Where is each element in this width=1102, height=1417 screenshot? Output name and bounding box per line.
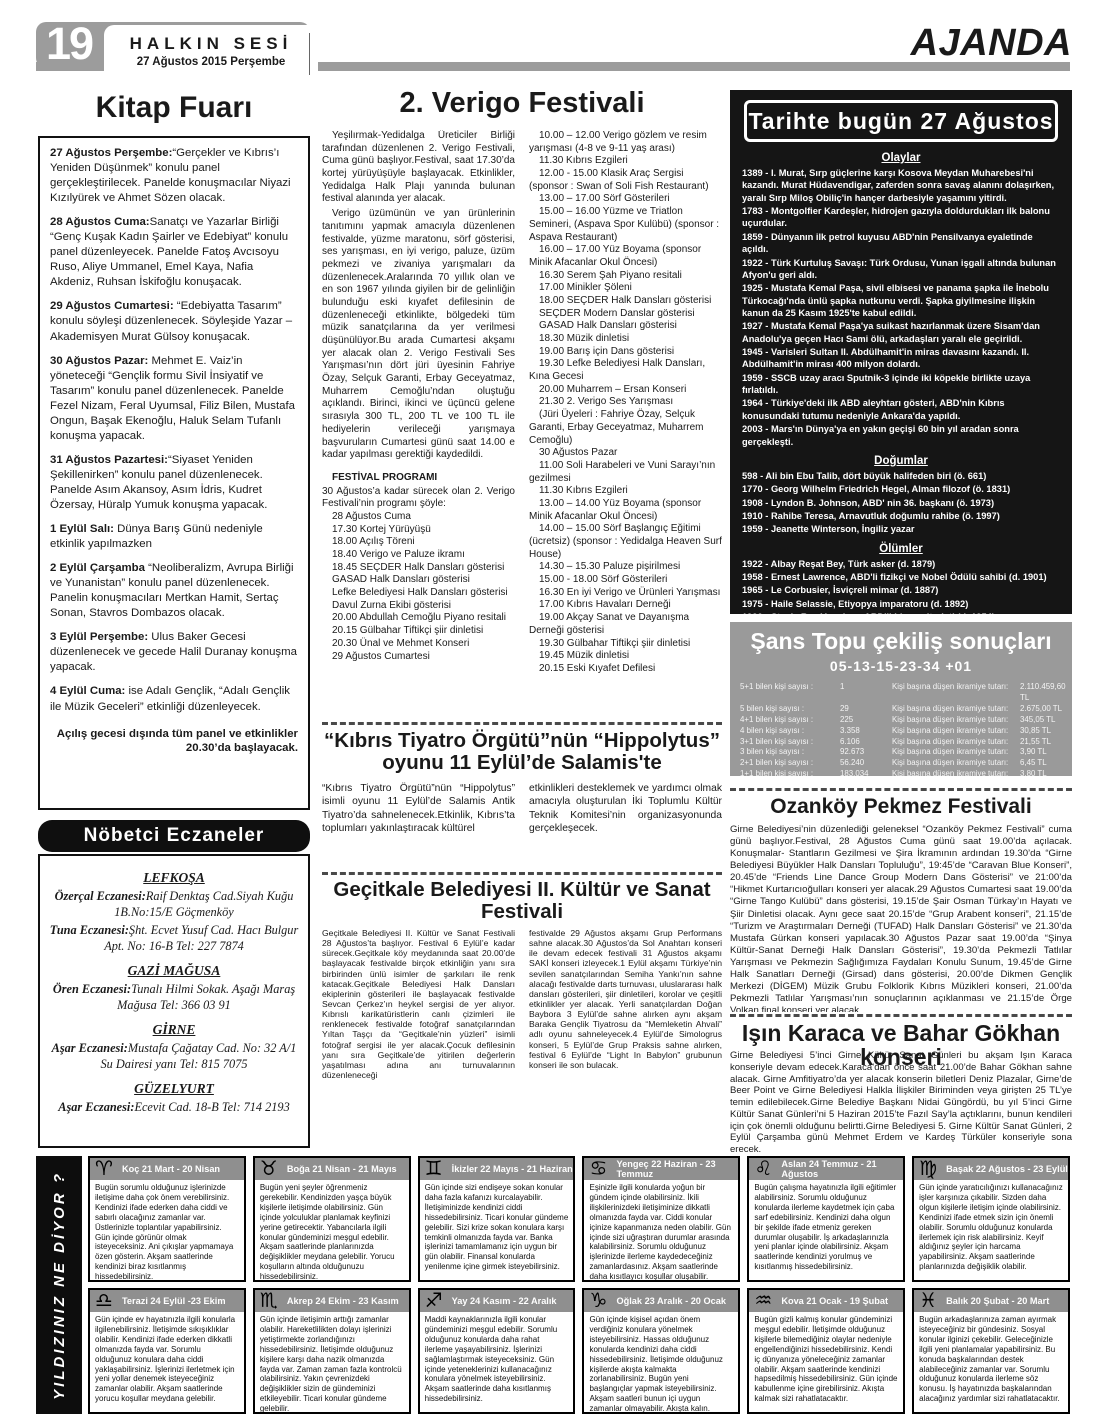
history-event: 1945 - Varisleri Sultan II. Abdülhamit'i… — [742, 346, 1060, 371]
program-line: 11.00 Soli Harabeleri ve Vuni Sarayı’nın… — [529, 460, 722, 485]
history-birth: 1959 - Jeanette Winterson, İngiliz yazar — [742, 523, 1060, 535]
lottery-row: 3 bilen kişi sayısı :92.673Kişi başına d… — [740, 747, 1062, 758]
lottery-row: 3+1 bilen kişi sayısı :6.106Kişi başına … — [740, 737, 1062, 748]
horoscope-text: Maddi kaynaklarınızla ilgili konular gün… — [420, 1312, 574, 1407]
events-heading: Olaylar — [742, 152, 1060, 164]
book-fair-article: 27 Ağustos Perşembe:“Gerçekler ve Kıbrıs… — [38, 136, 310, 810]
program-line: 11.30 Kıbrıs Ezgileri — [529, 485, 722, 498]
history-death: 1958 - Ernest Lawrence, ABD'li fizikçi v… — [742, 571, 1060, 583]
event-paragraph: 29 Ağustos Cumartesi: “Edebiyatta Tasarı… — [50, 299, 298, 344]
event-paragraph: 4 Eylül Cuma: ise Adalı Gençlik, “Adalı … — [50, 684, 298, 714]
history-birth: 598 - Ali bin Ebu Talib, dört büyük hali… — [742, 470, 1060, 482]
zodiac-icon: ♍ — [919, 1157, 937, 1179]
verigo-column-1: Yeşilırmak-Yedidalga Üreticiler Birliği … — [322, 130, 515, 718]
newspaper-page: { "header": { "page_number": "19", "mast… — [0, 0, 1102, 1417]
program-line: 15.00 - 18.00 Sörf Gösterileri — [529, 574, 722, 587]
program-line: 29 Ağustos Cumartesi — [322, 651, 515, 664]
zodiac-icon: ♑ — [589, 1289, 607, 1311]
book-fair-headline: Kitap Fuarı — [38, 92, 310, 124]
history-event: 1859 - Dünyanın ilk petrol kuyusu ABD'ni… — [742, 231, 1060, 256]
horoscope-text: Gün içinde kişisel açıdan önem verdiğini… — [584, 1312, 738, 1414]
program-line: 17.30 Kortej Yürüyüşü — [322, 524, 515, 537]
gecitkale-headline: Geçitkale Belediyesi II. Kültür ve Sanat… — [322, 879, 722, 922]
zodiac-title: İkizler 22 Mayıs - 21 Haziran — [452, 1164, 573, 1174]
horoscope-text: Eşinizle ilgili konularda yoğun bir günd… — [584, 1180, 738, 1282]
program-line: 19.00 Barış için Dans gösterisi — [529, 346, 722, 359]
pharmacy-entry: Tuna Eczanesi:Şht. Ecvet Yusuf Cad. Hacı… — [46, 923, 302, 955]
program-line: SEÇDER Modern Danslar gösterisi — [529, 308, 722, 321]
pharmacy-city: GAZİ MAĞUSA — [46, 963, 302, 979]
gecitkale-headline-line1: Geçitkale Belediyesi II. Kültür ve Sanat — [322, 879, 722, 901]
hippolytus-headline: “Kıbrıs Tiyatro Örgütü”nün “Hippolytus” … — [322, 730, 722, 773]
program-line: 28 Ağustos Cuma — [322, 511, 515, 524]
verigo-column-2: 10.00 – 12.00 Verigo gözlem ve resim yar… — [529, 130, 722, 718]
zodiac-icon: ♐ — [425, 1289, 443, 1311]
horoscope-header: ♒ Kova 21 Ocak - 19 Şubat — [749, 1290, 903, 1312]
event-paragraph: 27 Ağustos Perşembe:“Gerçekler ve Kıbrıs… — [50, 146, 298, 206]
horoscope-header: ♌ Aslan 24 Temmuz - 21 Ağustos — [749, 1158, 903, 1180]
program-line: 19.00 Akçay Sanat ve Dayanışma Derneği g… — [529, 612, 722, 637]
program-line: 14.00 – 15.00 Sörf Başlangıç Eğitimi (üc… — [529, 523, 722, 561]
lottery-numbers: 05-13-15-23-34 +01 — [740, 658, 1062, 674]
program-line: 17.00 Kıbrıs Havaları Derneği — [529, 599, 722, 612]
horoscope-cell: ♑ Oğlak 23 Aralık - 20 Ocak Gün içinde k… — [582, 1288, 740, 1414]
zodiac-icon: ♏ — [260, 1289, 278, 1311]
zodiac-title: Balık 20 Şubat - 20 Mart — [946, 1296, 1049, 1306]
lottery-row: 1+1 bilen kişi sayısı :183.034Kişi başın… — [740, 769, 1062, 776]
history-event: 1959 - SSCB uzay aracı Sputnik-3 içinde … — [742, 372, 1060, 397]
program-line: GASAD Halk Dansları gösterisi — [322, 574, 515, 587]
horoscope-grid: ♈ Koç 21 Mart - 20 Nisan Bugün sorumlu o… — [88, 1156, 1070, 1414]
lottery-row: 2+1 bilen kişi sayısı :56.240Kişi başına… — [740, 758, 1062, 769]
zodiac-icon: ♒ — [754, 1289, 772, 1311]
program-line: 16.00 – 17.00 Yüz Boyama (sponsor Minik … — [529, 244, 722, 269]
program-line: Davul Zurna Ekibi gösterisi — [322, 600, 515, 613]
zodiac-title: Boğa 21 Nisan - 21 Mayıs — [287, 1164, 397, 1174]
pharmacy-entry: Ören Eczanesi:Tunalı Hilmi Sokak. Aşağı … — [46, 982, 302, 1014]
history-today-title: Tarihte bugün 27 Ağustos — [744, 100, 1058, 142]
horoscope-text: Gün içinde yaratıcılığınızı kullanacağın… — [914, 1180, 1068, 1275]
horoscope-text: Gün içinde ev hayatınızla ilgili konular… — [90, 1312, 244, 1407]
horoscope-cell: ♊ İkizler 22 Mayıs - 21 Haziran Gün için… — [418, 1156, 576, 1282]
program-line: GASAD Halk Dansları gösterisi — [529, 320, 722, 333]
program-line: 19.30 Lefke Belediyesi Halk Dansları, Kı… — [529, 358, 722, 383]
horoscope-text: Gün içinde sizi endişeye sokan konular d… — [420, 1180, 574, 1275]
history-event: 1927 - Mustafa Kemal Paşa'ya suikast haz… — [742, 320, 1060, 345]
zodiac-title: Oğlak 23 Aralık - 20 Ocak — [616, 1296, 725, 1306]
pharmacy-city: GÜZELYURT — [46, 1081, 302, 1097]
dashed-divider — [730, 788, 1072, 791]
history-birth: 1908 - Lyndon B. Johnson, ABD' nin 36. b… — [742, 497, 1060, 509]
horoscope-cell: ♋ Yengeç 22 Haziran - 23 Temmuz Eşinizle… — [582, 1156, 740, 1282]
lottery-row: 5 bilen kişi sayısı :29Kişi başına düşen… — [740, 704, 1062, 715]
lottery-box: Şans Topu çekiliş sonuçları 05-13-15-23-… — [730, 622, 1072, 776]
program-line: 20.30 Ünal ve Mehmet Konseri — [322, 638, 515, 651]
verigo-paragraph: Yeşilırmak-Yedidalga Üreticiler Birliği … — [322, 130, 515, 206]
history-death: 1922 - Albay Reşat Bey, Türk asker (d. 1… — [742, 558, 1060, 570]
book-fair-note: Açılış gecesi dışında tüm panel ve etkin… — [50, 727, 298, 757]
history-event: 1922 - Türk Kurtuluş Savaşı: Türk Ordusu… — [742, 257, 1060, 282]
horoscope-header: ♋ Yengeç 22 Haziran - 23 Temmuz — [584, 1158, 738, 1180]
lottery-row: 5+1 bilen kişi sayısı :1Kişi başına düşe… — [740, 682, 1062, 704]
program-line: 18.00 Açılış Töreni — [322, 536, 515, 549]
history-death: 1965 - Le Corbusier, İsviçreli mimar (d.… — [742, 584, 1060, 596]
horoscope-header: ♈ Koç 21 Mart - 20 Nisan — [90, 1158, 244, 1180]
verigo-headline: 2. Verigo Festivali — [322, 88, 722, 118]
births-heading: Doğumlar — [742, 455, 1060, 467]
horoscope-cell: ♉ Boğa 21 Nisan - 21 Mayıs Bugün yeni şe… — [253, 1156, 411, 1282]
horoscope-text: Bugün yeni şeyler öğrenmeniz gerekebilir… — [255, 1180, 409, 1282]
history-today-box: Tarihte bugün 27 Ağustos Olaylar 1389 - … — [730, 90, 1072, 614]
event-paragraph: 31 Ağustos Pazartesi:“Siyaset Yeniden Şe… — [50, 453, 298, 513]
verigo-article: Yeşilırmak-Yedidalga Üreticiler Birliği … — [322, 130, 722, 718]
horoscope-banner-label: YILDIZINIZ NE DİYOR ? — [51, 1171, 68, 1400]
program-line: 20.15 Gülbahar Tiftikçi şiir dinletisi — [322, 625, 515, 638]
zodiac-icon: ♎ — [95, 1289, 113, 1311]
zodiac-icon: ♌ — [754, 1157, 772, 1179]
zodiac-title: Başak 22 Ağustos - 23 Eylül — [946, 1164, 1068, 1174]
event-paragraph: 1 Eylül Salı: Dünya Barış Günü nedeniyle… — [50, 522, 298, 552]
horoscope-header: ♊ İkizler 22 Mayıs - 21 Haziran — [420, 1158, 574, 1180]
program-line: 21.30 2. Verigo Ses Yarışması — [529, 396, 722, 409]
program-line: 13.00 – 14.00 Yüz Boyama (sponsor Minik … — [529, 498, 722, 523]
horoscope-header: ♑ Oğlak 23 Aralık - 20 Ocak — [584, 1290, 738, 1312]
event-paragraph: 3 Eylül Perşembe: Ulus Baker Gecesi düze… — [50, 630, 298, 675]
horoscope-header: ♍ Başak 22 Ağustos - 23 Eylül — [914, 1158, 1068, 1180]
program-line: 15.00 – 16.00 Yüzme ve Triatlon Semineri… — [529, 206, 722, 244]
history-event: 1964 - Türkiye'deki ilk ABD aleyhtarı gö… — [742, 397, 1060, 422]
newspaper-name: HALKIN SESİ — [104, 34, 318, 54]
history-event: 2003 - Mars'ın Dünya'ya en yakın geçişi … — [742, 423, 1060, 448]
history-death: 1975 - Haile Selassie, Etiyopya imparato… — [742, 598, 1060, 610]
program-line: 18.40 Verigo ve Paluze ikramı — [322, 549, 515, 562]
ozankoy-article: Girne Belediyesi’nin düzenlediği gelenek… — [730, 824, 1072, 1012]
horoscope-header: ♐ Yay 24 Kasım - 22 Aralık — [420, 1290, 574, 1312]
zodiac-title: Terazi 24 Eylül -23 Ekim — [122, 1296, 226, 1306]
program-heading: FESTİVAL PROGRAMI — [322, 472, 515, 485]
lottery-row: 4+1 bilen kişi sayısı :225Kişi başına dü… — [740, 715, 1062, 726]
pharmacy-entry: Aşar Eczanesi:Mustafa Çağatay Cad. No: 3… — [46, 1041, 302, 1073]
program-line: 20.15 Eski Kıyafet Defilesi — [529, 663, 722, 676]
program-line: 10.00 – 12.00 Verigo gözlem ve resim yar… — [529, 130, 722, 155]
horoscope-cell: ♏ Akrep 24 Ekim - 23 Kasım Gün içinde il… — [253, 1288, 411, 1414]
horoscope-text: Gün içinde iletişimin arttığı zamanlar o… — [255, 1312, 409, 1414]
pharmacies-banner: Nöbetci Eczaneler — [38, 820, 310, 852]
horoscope-text: Bugün gizli kalmış konular gündeminizi m… — [749, 1312, 903, 1407]
horoscope-cell: ♈ Koç 21 Mart - 20 Nisan Bugün sorumlu o… — [88, 1156, 246, 1282]
program-line: Lefke Belediyesi Halk Dansları gösterisi — [322, 587, 515, 600]
program-line: 13.00 – 17.00 Sörf Gösterileri — [529, 193, 722, 206]
pharmacy-city: LEFKOŞA — [46, 870, 302, 886]
dashed-divider — [730, 1014, 1072, 1017]
program-line: 30 Ağustos Pazar — [529, 447, 722, 460]
program-line: 17.00 Minikler Şöleni — [529, 282, 722, 295]
dashed-divider — [322, 722, 722, 725]
program-line: 18.30 Müzik dinletisi — [529, 333, 722, 346]
karaca-concert-article: Girne Belediyesi 5’inci Girne Kültür San… — [730, 1050, 1072, 1152]
pharmacy-entry: Aşar Eczanesi:Ecevit Cad. 18-B Tel: 714 … — [46, 1100, 302, 1116]
hippolytus-headline-line2: oyunu 11 Eylül’de Salamis'te — [322, 752, 722, 774]
history-birth: 1770 - Georg Wilhelm Friedrich Hegel, Al… — [742, 483, 1060, 495]
program-line: 18.45 SEÇDER Halk Dansları gösterisi — [322, 562, 515, 575]
program-line: 19.30 Gülbahar Tiftikçi şiir dinletisi — [529, 638, 722, 651]
horoscope-header: ♉ Boğa 21 Nisan - 21 Mayıs — [255, 1158, 409, 1180]
pharmacy-entry: Özerçal Eczanesi:Raif Denktaş Cad.Siyah … — [46, 889, 302, 921]
history-event: 1783 - Montgolfier Kardeşler, hidrojen g… — [742, 205, 1060, 230]
horoscope-banner: YILDIZINIZ NE DİYOR ? — [36, 1156, 82, 1414]
gecitkale-column-1: Geçitkale Belediyesi II. Kültür ve Sanat… — [322, 928, 515, 1152]
gecitkale-headline-line2: Festivali — [322, 901, 722, 923]
deaths-heading: Ölümler — [742, 543, 1060, 555]
zodiac-title: Koç 21 Mart - 20 Nisan — [122, 1164, 220, 1174]
zodiac-icon: ♈ — [95, 1157, 113, 1179]
zodiac-title: Yengeç 22 Haziran - 23 Temmuz — [616, 1159, 738, 1179]
pharmacies-box: LEFKOŞA Özerçal Eczanesi:Raif Denktaş Ca… — [38, 854, 310, 1148]
horoscope-cell: ♓ Balık 20 Şubat - 20 Mart Bugün arkadaş… — [912, 1288, 1070, 1414]
event-paragraph: 28 Ağustos Cuma:Sanatçı ve Yazarlar Birl… — [50, 215, 298, 290]
zodiac-icon: ♉ — [260, 1157, 278, 1179]
page-number: 19 — [46, 18, 92, 70]
hippolytus-headline-line1: “Kıbrıs Tiyatro Örgütü”nün “Hippolytus” — [322, 730, 722, 752]
program-line: 20.00 Abdullah Cemoğlu Piyano resitali — [322, 612, 515, 625]
history-death: 1990 - Stevie Ray Vaughan, ABD'li blues … — [742, 611, 1060, 614]
event-paragraph: 2 Eylül Çarşamba “Neoliberalizm, Avrupa … — [50, 561, 298, 621]
horoscope-cell: ♍ Başak 22 Ağustos - 23 Eylül Gün içinde… — [912, 1156, 1070, 1282]
dashed-divider — [322, 872, 722, 875]
zodiac-title: Akrep 24 Ekim - 23 Kasım — [287, 1296, 399, 1306]
program-intro: 30 Ağustos’a kadar sürecek olan 2. Verig… — [322, 486, 515, 511]
history-birth: 1910 - Rahibe Teresa, Arnavutluk doğumlu… — [742, 510, 1060, 522]
horoscope-cell: ♐ Yay 24 Kasım - 22 Aralık Maddi kaynakl… — [418, 1288, 576, 1414]
gecitkale-article: Geçitkale Belediyesi II. Kültür ve Sanat… — [322, 928, 722, 1152]
program-line: 20.00 Muharrem – Ersan Konseri — [529, 384, 722, 397]
horoscope-cell: ♌ Aslan 24 Temmuz - 21 Ağustos Bugün çal… — [747, 1156, 905, 1282]
zodiac-icon: ♊ — [425, 1157, 443, 1179]
pharmacy-city: GİRNE — [46, 1022, 302, 1038]
program-line: 11.30 Kıbrıs Ezgileri — [529, 155, 722, 168]
lottery-row: 4 bilen kişi sayısı :3.358Kişi başına dü… — [740, 726, 1062, 737]
program-line: (Jüri Üyeleri : Fahriye Özay, Selçuk Gar… — [529, 409, 722, 447]
zodiac-title: Kova 21 Ocak - 19 Şubat — [781, 1296, 888, 1306]
program-line: 19.45 Müzik dinletisi — [529, 650, 722, 663]
horoscope-cell: ♒ Kova 21 Ocak - 19 Şubat Bugün gizli ka… — [747, 1288, 905, 1414]
gecitkale-column-2: festivalde 29 Ağustos akşamı Grup Perfor… — [529, 928, 722, 1152]
lottery-title: Şans Topu çekiliş sonuçları — [740, 628, 1062, 655]
horoscope-header: ♎ Terazi 24 Eylül -23 Ekim — [90, 1290, 244, 1312]
horoscope-cell: ♎ Terazi 24 Eylül -23 Ekim Gün içinde ev… — [88, 1288, 246, 1414]
zodiac-icon: ♋ — [589, 1157, 607, 1179]
section-title: AJANDA — [911, 22, 1072, 65]
horoscope-header: ♏ Akrep 24 Ekim - 23 Kasım — [255, 1290, 409, 1312]
program-line: 16.30 Serem Şah Piyano resitali — [529, 270, 722, 283]
horoscope-header: ♓ Balık 20 Şubat - 20 Mart — [914, 1290, 1068, 1312]
program-line: 12.00 - 15.00 Klasik Araç Sergisi (spons… — [529, 168, 722, 193]
zodiac-title: Aslan 24 Temmuz - 21 Ağustos — [781, 1159, 903, 1179]
verigo-paragraph: Verigo üzümünün ve yan ürünlerinin tanıt… — [322, 208, 515, 462]
zodiac-title: Yay 24 Kasım - 22 Aralık — [452, 1296, 557, 1306]
hippolytus-article: “Kıbrıs Tiyatro Örgütü”nün “Hippolytus” … — [322, 782, 722, 868]
history-event: 1925 - Mustafa Kemal Paşa, sivil elbises… — [742, 282, 1060, 319]
issue-date: 27 Ağustos 2015 Perşembe — [104, 56, 318, 68]
hippolytus-column-1: “Kıbrıs Tiyatro Örgütü”nün “Hippolytus” … — [322, 782, 515, 868]
ozankoy-headline: Ozanköy Pekmez Festivali — [730, 796, 1072, 818]
hippolytus-column-2: etkinlikleri desteklemek ve yardımcı olm… — [529, 782, 722, 868]
program-line: 16.30 En iyi Verigo ve Ürünleri Yarışmas… — [529, 587, 722, 600]
program-line: 18.00 SEÇDER Halk Dansları gösterisi — [529, 295, 722, 308]
event-paragraph: 30 Ağustos Pazar: Mehmet E. Vaiz’in yöne… — [50, 354, 298, 444]
masthead-panel: HALKIN SESİ 27 Ağustos 2015 Perşembe — [104, 25, 318, 83]
horoscope-text: Bugün çalışma hayatınızla ilgili eğitiml… — [749, 1180, 903, 1275]
history-event: 1389 - I. Murat, Sırp güçlerine karşı Ko… — [742, 167, 1060, 204]
zodiac-icon: ♓ — [919, 1289, 937, 1311]
horoscope-text: Bugün sorumlu olduğunuz işlerinizde ilet… — [90, 1180, 244, 1282]
horoscope-text: Bugün arkadaşlarınıza zaman ayırmak iste… — [914, 1312, 1068, 1407]
program-line: 14.30 – 15.30 Paluze pişirilmesi — [529, 561, 722, 574]
